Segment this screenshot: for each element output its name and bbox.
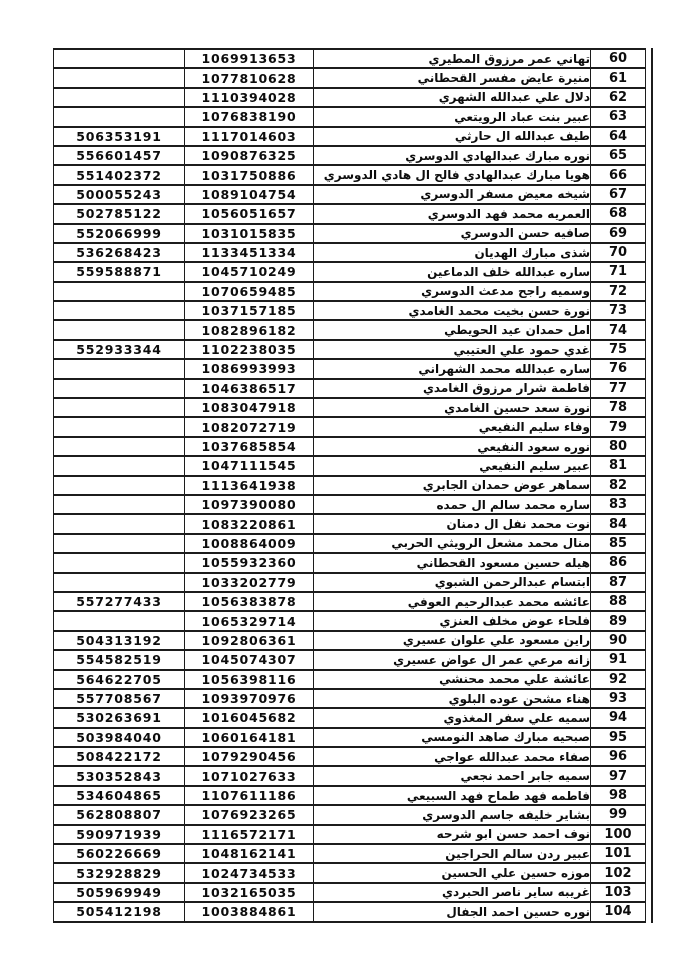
phone-cell: 551402372 xyxy=(54,165,185,184)
phone-cell: 552933344 xyxy=(54,340,185,359)
table-row: 1046386517فاطمة شرار مرزوق الغامدي77 xyxy=(54,379,646,398)
table-row: 1070659485وسميه راجح مدعث الدوسري72 xyxy=(54,282,646,301)
national-id-cell: 1047111545 xyxy=(185,456,314,475)
phone-cell xyxy=(54,456,185,475)
table-row: 1097390080ساره محمد سالم ال حمده83 xyxy=(54,495,646,514)
national-id-cell: 1065329714 xyxy=(185,611,314,630)
phone-cell: 504313192 xyxy=(54,631,185,650)
name-cell: وفاء سليم النفيعي xyxy=(314,417,591,436)
table-row: 1083220861نوت محمد نفل ال دمنان84 xyxy=(54,514,646,533)
table-row: 1037157185نورة حسن بخيت محمد الغامدي73 xyxy=(54,301,646,320)
name-cell: هويا مبارك عبدالهادي فالح ال هادي الدوسر… xyxy=(314,165,591,184)
row-number-cell: 90 xyxy=(591,631,646,650)
table-row: 5520669991031015835صافيه حسن الدوسري69 xyxy=(54,224,646,243)
phone-cell: 556601457 xyxy=(54,146,185,165)
table-row: 5027851221056051657العمريه محمد فهد الدو… xyxy=(54,204,646,223)
phone-cell: 530352843 xyxy=(54,766,185,785)
scanned-roster-page: 1069913653تهاني عمر مرزوق المطيري6010778… xyxy=(0,0,700,974)
table-row: 5084221721079290456صفاء محمد عبدالله عوا… xyxy=(54,747,646,766)
phone-cell: 503984040 xyxy=(54,728,185,747)
table-row: 5595888711045710249ساره عبدالله خلف الدم… xyxy=(54,262,646,281)
phone-cell xyxy=(54,49,185,68)
national-id-cell: 1102238035 xyxy=(185,340,314,359)
table-row: 1008864009منال محمد مشعل الرويثي الحربي8… xyxy=(54,534,646,553)
name-cell: عائشة علي محمد محنشي xyxy=(314,670,591,689)
table-row: 5059699491032165035غريبه ساير ناصر الحبر… xyxy=(54,883,646,902)
national-id-cell: 1116572171 xyxy=(185,825,314,844)
national-id-cell: 1082896182 xyxy=(185,320,314,339)
phone-cell: 502785122 xyxy=(54,204,185,223)
row-number-cell: 98 xyxy=(591,786,646,805)
national-id-cell: 1107611186 xyxy=(185,786,314,805)
table-row: 1069913653تهاني عمر مرزوق المطيري60 xyxy=(54,49,646,68)
row-number-cell: 66 xyxy=(591,165,646,184)
name-cell: موزه حسين علي الحسين xyxy=(314,863,591,882)
national-id-cell: 1133451334 xyxy=(185,243,314,262)
name-cell: شيخه معيض مسفر الدوسري xyxy=(314,185,591,204)
phone-cell xyxy=(54,573,185,592)
national-id-cell: 1033202779 xyxy=(185,573,314,592)
name-cell: هناء مشحن عوده البلوي xyxy=(314,689,591,708)
name-cell: دلال علي عبدالله الشهري xyxy=(314,88,591,107)
table-row: 1077810628منيرة عايض مفسر القحطاني61 xyxy=(54,68,646,87)
name-cell: ساره عبدالله خلف الدماعين xyxy=(314,262,591,281)
name-cell: صافيه حسن الدوسري xyxy=(314,224,591,243)
phone-cell: 552066999 xyxy=(54,224,185,243)
phone-cell xyxy=(54,611,185,630)
national-id-cell: 1031015835 xyxy=(185,224,314,243)
phone-cell xyxy=(54,495,185,514)
national-id-cell: 1113641938 xyxy=(185,476,314,495)
table-row: 5362684231133451334شذى مبارك الهديان70 xyxy=(54,243,646,262)
table-row: 1065329714فلحاء عوض مخلف العنزي89 xyxy=(54,611,646,630)
name-cell: سميه علي سفر المغذوي xyxy=(314,708,591,727)
national-id-cell: 1076923265 xyxy=(185,805,314,824)
table-row: 1113641938سماهر عوض حمدان الجابري82 xyxy=(54,476,646,495)
row-number-cell: 73 xyxy=(591,301,646,320)
national-id-cell: 1069913653 xyxy=(185,49,314,68)
row-number-cell: 70 xyxy=(591,243,646,262)
phone-cell: 532928829 xyxy=(54,863,185,882)
national-id-cell: 1037685854 xyxy=(185,437,314,456)
name-cell: عائشه محمد عبدالرحيم العوفي xyxy=(314,592,591,611)
table-row: 5545825191045074307زانه مرعي عمر ال عواض… xyxy=(54,650,646,669)
national-id-cell: 1003884861 xyxy=(185,902,314,921)
phone-cell xyxy=(54,107,185,126)
table-row: 1110394028دلال علي عبدالله الشهري62 xyxy=(54,88,646,107)
name-cell: وسميه راجح مدعث الدوسري xyxy=(314,282,591,301)
table-row: 5602266691048162141عبير ردن سالم الحراجي… xyxy=(54,844,646,863)
table-row: 5329288291024734533موزه حسين علي الحسين1… xyxy=(54,863,646,882)
name-cell: هيله حسين مسعود القحطاني xyxy=(314,553,591,572)
row-number-cell: 86 xyxy=(591,553,646,572)
row-number-cell: 64 xyxy=(591,127,646,146)
national-id-cell: 1076838190 xyxy=(185,107,314,126)
national-id-cell: 1016045682 xyxy=(185,708,314,727)
name-cell: صبحيه مبارك صاهد النومسي xyxy=(314,728,591,747)
row-number-cell: 62 xyxy=(591,88,646,107)
row-number-cell: 96 xyxy=(591,747,646,766)
name-cell: منيرة عايض مفسر القحطاني xyxy=(314,68,591,87)
national-id-cell: 1056398116 xyxy=(185,670,314,689)
table-row: 5039840401060164181صبحيه مبارك صاهد النو… xyxy=(54,728,646,747)
name-cell: ساره محمد سالم ال حمده xyxy=(314,495,591,514)
phone-cell: 508422172 xyxy=(54,747,185,766)
national-id-cell: 1079290456 xyxy=(185,747,314,766)
table-row: 5054121981003884861نوره حسين احمد الجفال… xyxy=(54,902,646,921)
name-cell: صفاء محمد عبدالله عواجي xyxy=(314,747,591,766)
national-id-cell: 1046386517 xyxy=(185,379,314,398)
name-cell: العمريه محمد فهد الدوسري xyxy=(314,204,591,223)
row-number-cell: 75 xyxy=(591,340,646,359)
name-cell: ساره عبدالله محمد الشهراني xyxy=(314,359,591,378)
phone-cell xyxy=(54,514,185,533)
phone-cell xyxy=(54,68,185,87)
name-cell: سماهر عوض حمدان الجابري xyxy=(314,476,591,495)
national-id-cell: 1117014603 xyxy=(185,127,314,146)
national-id-cell: 1031750886 xyxy=(185,165,314,184)
national-id-cell: 1070659485 xyxy=(185,282,314,301)
row-number-cell: 91 xyxy=(591,650,646,669)
national-id-cell: 1024734533 xyxy=(185,863,314,882)
phone-cell: 530263691 xyxy=(54,708,185,727)
name-cell: فلحاء عوض مخلف العنزي xyxy=(314,611,591,630)
row-number-cell: 94 xyxy=(591,708,646,727)
table-row: 1037685854نوره سعود النفيعي80 xyxy=(54,437,646,456)
phone-cell xyxy=(54,417,185,436)
name-cell: تهاني عمر مرزوق المطيري xyxy=(314,49,591,68)
row-number-cell: 100 xyxy=(591,825,646,844)
phone-cell: 590971939 xyxy=(54,825,185,844)
national-id-cell: 1032165035 xyxy=(185,883,314,902)
row-number-cell: 88 xyxy=(591,592,646,611)
row-number-cell: 84 xyxy=(591,514,646,533)
table-row: 1055932360هيله حسين مسعود القحطاني86 xyxy=(54,553,646,572)
row-number-cell: 101 xyxy=(591,844,646,863)
table-row: 5577085671093970976هناء مشحن عوده البلوي… xyxy=(54,689,646,708)
national-id-cell: 1045710249 xyxy=(185,262,314,281)
table-row: 5346048651107611186فاطمه فهد طماح فهد ال… xyxy=(54,786,646,805)
national-id-cell: 1092806361 xyxy=(185,631,314,650)
name-cell: راين مسعود علي علوان عسيري xyxy=(314,631,591,650)
phone-cell xyxy=(54,88,185,107)
name-cell: غدي حمود علي العتيبي xyxy=(314,340,591,359)
row-number-cell: 83 xyxy=(591,495,646,514)
row-number-cell: 71 xyxy=(591,262,646,281)
table-row: 5909719391116572171نوف احمد حسن ابو شرحه… xyxy=(54,825,646,844)
table-row: 1083047918نورة سعد حسين الغامدي78 xyxy=(54,398,646,417)
row-number-cell: 102 xyxy=(591,863,646,882)
row-number-cell: 99 xyxy=(591,805,646,824)
table-row: 1086993993ساره عبدالله محمد الشهراني76 xyxy=(54,359,646,378)
table-row: 5646227051056398116عائشة علي محمد محنشي9… xyxy=(54,670,646,689)
phone-cell: 562808807 xyxy=(54,805,185,824)
table-row: 5000552431089104754شيخه معيض مسفر الدوسر… xyxy=(54,185,646,204)
phone-cell: 554582519 xyxy=(54,650,185,669)
phone-cell xyxy=(54,379,185,398)
phone-cell: 557277433 xyxy=(54,592,185,611)
national-id-cell: 1082072719 xyxy=(185,417,314,436)
national-id-cell: 1055932360 xyxy=(185,553,314,572)
phone-cell xyxy=(54,282,185,301)
national-id-cell: 1090876325 xyxy=(185,146,314,165)
row-number-cell: 60 xyxy=(591,49,646,68)
phone-cell: 506353191 xyxy=(54,127,185,146)
phone-cell xyxy=(54,534,185,553)
table-row: 5628088071076923265بشاير خليفه جاسم الدو… xyxy=(54,805,646,824)
row-number-cell: 103 xyxy=(591,883,646,902)
phone-cell xyxy=(54,320,185,339)
phone-cell: 500055243 xyxy=(54,185,185,204)
row-number-cell: 93 xyxy=(591,689,646,708)
name-cell: عبير بنت عباد الرويتعي xyxy=(314,107,591,126)
phone-cell: 505412198 xyxy=(54,902,185,921)
row-number-cell: 85 xyxy=(591,534,646,553)
table-row: 5572774331056383878عائشه محمد عبدالرحيم … xyxy=(54,592,646,611)
name-cell: عبير ردن سالم الحراجين xyxy=(314,844,591,863)
row-number-cell: 104 xyxy=(591,902,646,921)
name-cell: غريبه ساير ناصر الحبردي xyxy=(314,883,591,902)
row-number-cell: 95 xyxy=(591,728,646,747)
row-number-cell: 97 xyxy=(591,766,646,785)
row-number-cell: 69 xyxy=(591,224,646,243)
table-row: 5303528431071027633سميه جابر احمد نجعي97 xyxy=(54,766,646,785)
row-number-cell: 80 xyxy=(591,437,646,456)
row-number-cell: 76 xyxy=(591,359,646,378)
row-number-cell: 81 xyxy=(591,456,646,475)
phone-cell xyxy=(54,476,185,495)
national-id-cell: 1089104754 xyxy=(185,185,314,204)
name-cell: منال محمد مشعل الرويثي الحربي xyxy=(314,534,591,553)
row-number-cell: 68 xyxy=(591,204,646,223)
row-number-cell: 77 xyxy=(591,379,646,398)
national-id-cell: 1086993993 xyxy=(185,359,314,378)
table-row: 5302636911016045682سميه علي سفر المغذوي9… xyxy=(54,708,646,727)
national-id-cell: 1037157185 xyxy=(185,301,314,320)
national-id-cell: 1071027633 xyxy=(185,766,314,785)
row-number-cell: 74 xyxy=(591,320,646,339)
national-id-cell: 1008864009 xyxy=(185,534,314,553)
phone-cell: 557708567 xyxy=(54,689,185,708)
roster-table-body: 1069913653تهاني عمر مرزوق المطيري6010778… xyxy=(54,49,646,922)
row-number-cell: 89 xyxy=(591,611,646,630)
row-number-cell: 79 xyxy=(591,417,646,436)
phone-cell xyxy=(54,359,185,378)
phone-cell: 560226669 xyxy=(54,844,185,863)
name-cell: نوف احمد حسن ابو شرحه xyxy=(314,825,591,844)
phone-cell: 534604865 xyxy=(54,786,185,805)
names-roster-table: 1069913653تهاني عمر مرزوق المطيري6010778… xyxy=(53,48,646,923)
table-row: 5514023721031750886هويا مبارك عبدالهادي … xyxy=(54,165,646,184)
phone-cell xyxy=(54,437,185,456)
name-cell: نوره حسين احمد الجفال xyxy=(314,902,591,921)
phone-cell xyxy=(54,301,185,320)
national-id-cell: 1097390080 xyxy=(185,495,314,514)
table-row: 1082072719وفاء سليم النفيعي79 xyxy=(54,417,646,436)
national-id-cell: 1060164181 xyxy=(185,728,314,747)
name-cell: نوره مبارك عبدالهادي الدوسري xyxy=(314,146,591,165)
phone-cell xyxy=(54,398,185,417)
name-cell: امل حمدان عيد الحويطي xyxy=(314,320,591,339)
name-cell: طيف عبدالله ال حارثي xyxy=(314,127,591,146)
national-id-cell: 1093970976 xyxy=(185,689,314,708)
name-cell: ابتسام عبدالرحمن الشبوي xyxy=(314,573,591,592)
phone-cell: 536268423 xyxy=(54,243,185,262)
table-outer-frame: 1069913653تهاني عمر مرزوق المطيري6010778… xyxy=(53,48,653,923)
name-cell: نوت محمد نفل ال دمنان xyxy=(314,514,591,533)
phone-cell xyxy=(54,553,185,572)
phone-cell: 564622705 xyxy=(54,670,185,689)
name-cell: عبير سليم النفيعي xyxy=(314,456,591,475)
national-id-cell: 1077810628 xyxy=(185,68,314,87)
row-number-cell: 78 xyxy=(591,398,646,417)
national-id-cell: 1110394028 xyxy=(185,88,314,107)
name-cell: سميه جابر احمد نجعي xyxy=(314,766,591,785)
name-cell: فاطمة شرار مرزوق الغامدي xyxy=(314,379,591,398)
table-row: 5566014571090876325نوره مبارك عبدالهادي … xyxy=(54,146,646,165)
row-number-cell: 67 xyxy=(591,185,646,204)
row-number-cell: 87 xyxy=(591,573,646,592)
row-number-cell: 82 xyxy=(591,476,646,495)
name-cell: نورة حسن بخيت محمد الغامدي xyxy=(314,301,591,320)
national-id-cell: 1045074307 xyxy=(185,650,314,669)
row-number-cell: 92 xyxy=(591,670,646,689)
table-row: 1047111545عبير سليم النفيعي81 xyxy=(54,456,646,475)
national-id-cell: 1048162141 xyxy=(185,844,314,863)
row-number-cell: 61 xyxy=(591,68,646,87)
table-row: 5063531911117014603طيف عبدالله ال حارثي6… xyxy=(54,127,646,146)
table-row: 5043131921092806361راين مسعود علي علوان … xyxy=(54,631,646,650)
name-cell: فاطمه فهد طماح فهد السبيعي xyxy=(314,786,591,805)
name-cell: زانه مرعي عمر ال عواض عسيري xyxy=(314,650,591,669)
table-row: 1076838190عبير بنت عباد الرويتعي63 xyxy=(54,107,646,126)
table-row: 1033202779ابتسام عبدالرحمن الشبوي87 xyxy=(54,573,646,592)
row-number-cell: 72 xyxy=(591,282,646,301)
name-cell: نورة سعد حسين الغامدي xyxy=(314,398,591,417)
national-id-cell: 1056051657 xyxy=(185,204,314,223)
row-number-cell: 65 xyxy=(591,146,646,165)
name-cell: نوره سعود النفيعي xyxy=(314,437,591,456)
row-number-cell: 63 xyxy=(591,107,646,126)
name-cell: بشاير خليفه جاسم الدوسري xyxy=(314,805,591,824)
name-cell: شذى مبارك الهديان xyxy=(314,243,591,262)
national-id-cell: 1083047918 xyxy=(185,398,314,417)
national-id-cell: 1056383878 xyxy=(185,592,314,611)
phone-cell: 505969949 xyxy=(54,883,185,902)
phone-cell: 559588871 xyxy=(54,262,185,281)
table-row: 1082896182امل حمدان عيد الحويطي74 xyxy=(54,320,646,339)
table-row: 5529333441102238035غدي حمود علي العتيبي7… xyxy=(54,340,646,359)
national-id-cell: 1083220861 xyxy=(185,514,314,533)
